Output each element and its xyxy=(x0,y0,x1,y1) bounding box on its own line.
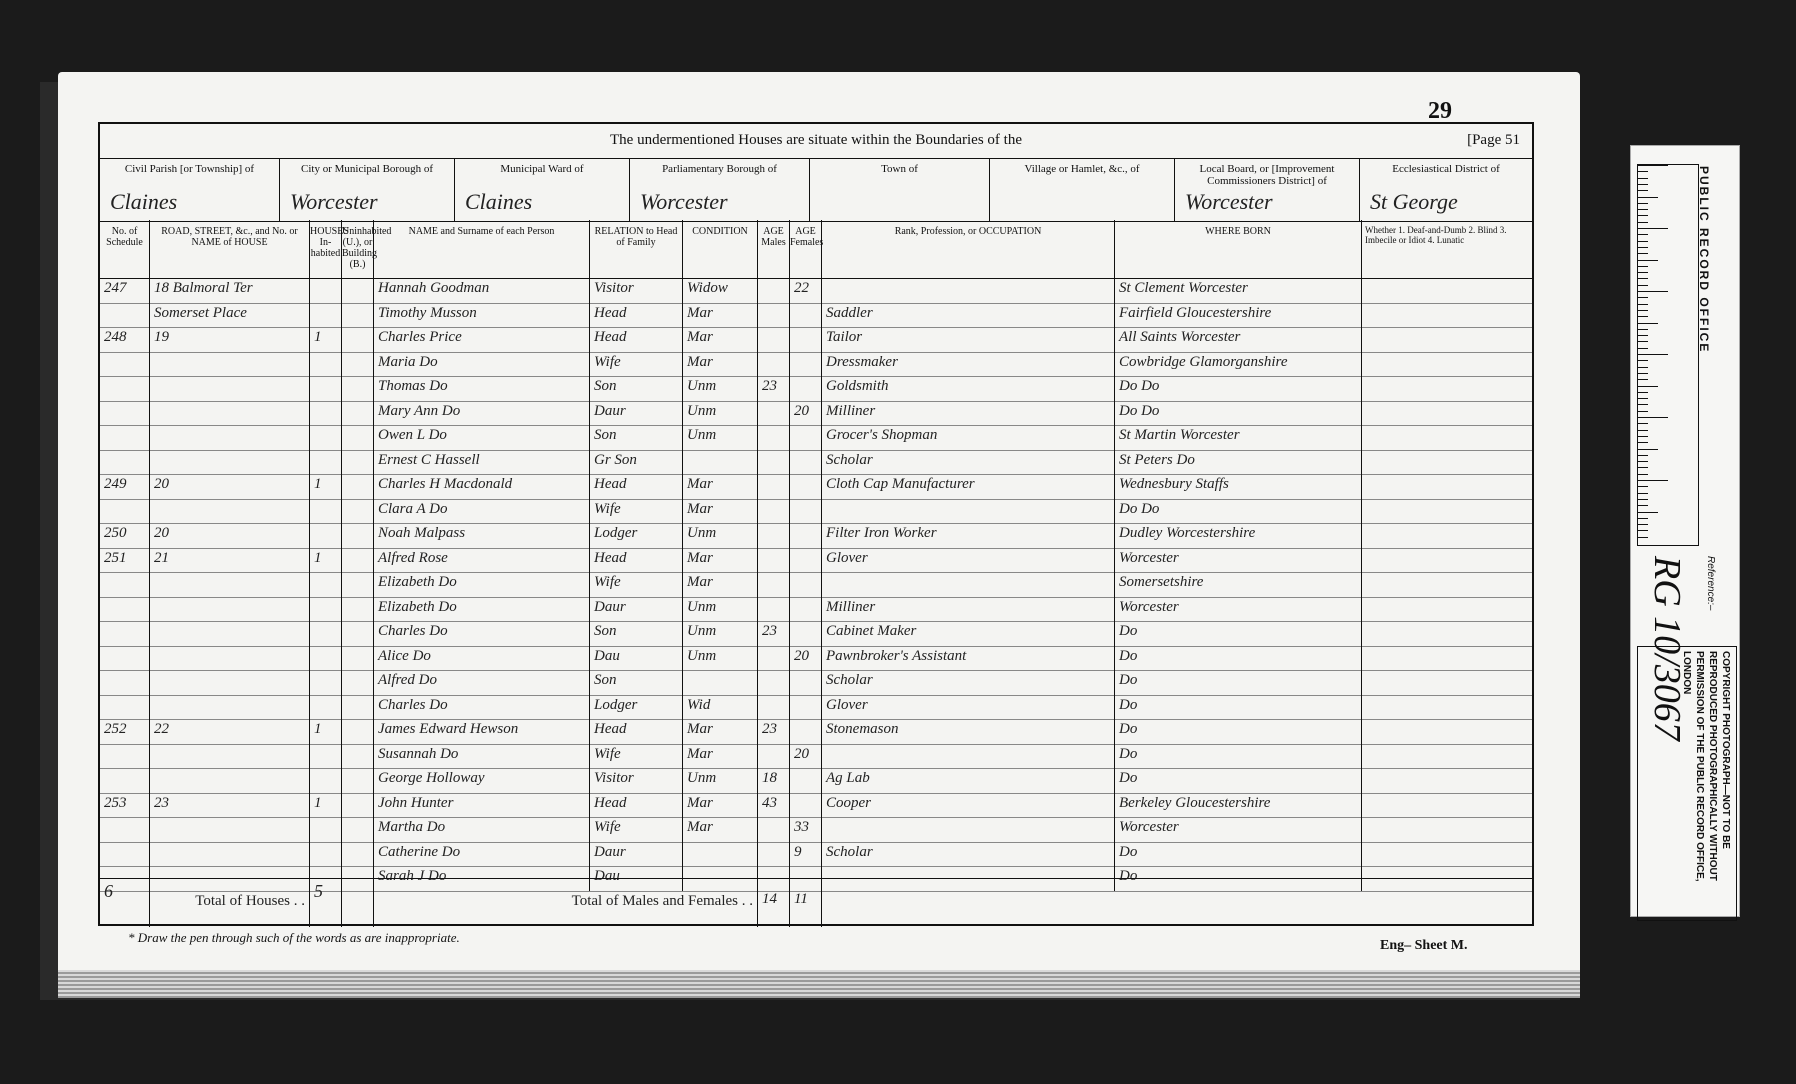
form-title: The undermentioned Houses are situate wi… xyxy=(100,132,1532,149)
cell-address xyxy=(150,817,310,842)
cell-name: Noah Malpass xyxy=(374,523,590,548)
cell-female_age: 33 xyxy=(790,817,822,842)
boundary-parliamentary: Parliamentary Borough ofWorcester xyxy=(630,159,810,221)
cell-born: Worcester xyxy=(1115,548,1362,573)
cell-blank xyxy=(1362,597,1532,622)
cell-female_age xyxy=(790,499,822,524)
ruler-tick xyxy=(1638,505,1648,506)
ruler-tick xyxy=(1638,518,1648,519)
cell-inhabited xyxy=(310,695,342,720)
ruler-tick xyxy=(1638,417,1668,418)
cell-blank xyxy=(1362,401,1532,426)
table-row: 253231John HunterHeadMar43CooperBerkeley… xyxy=(100,793,1532,819)
cell-occupation xyxy=(822,572,1115,597)
cell-name: Charles H Macdonald xyxy=(374,474,590,499)
cell-schedule: 250 xyxy=(100,523,150,548)
cell-relation: Wife xyxy=(590,499,683,524)
cell-name: Alfred Do xyxy=(374,670,590,695)
cell-born: Do Do xyxy=(1115,376,1362,401)
cell-name: Alice Do xyxy=(374,646,590,671)
cell-condition xyxy=(683,842,758,867)
cell-relation: Head xyxy=(590,548,683,573)
cell-relation: Son xyxy=(590,376,683,401)
archive-title: PUBLIC RECORD OFFICE xyxy=(1697,166,1711,353)
cell-female_age xyxy=(790,793,822,818)
cell-blank xyxy=(342,401,374,426)
cell-name: George Holloway xyxy=(374,768,590,793)
table-row: 249201Charles H MacdonaldHeadMarCloth Ca… xyxy=(100,474,1532,500)
cell-occupation: Scholar xyxy=(822,450,1115,475)
boundary-value: St George xyxy=(1370,189,1458,215)
cell-condition xyxy=(683,670,758,695)
cell-born: Fairfield Gloucestershire xyxy=(1115,303,1362,328)
table-row: Maria DoWifeMarDressmakerCowbridge Glamo… xyxy=(100,352,1532,378)
total-females: 11 xyxy=(790,879,822,927)
cell-condition: Mar xyxy=(683,719,758,744)
cell-condition: Unm xyxy=(683,597,758,622)
cell-address xyxy=(150,646,310,671)
cell-address: 20 xyxy=(150,523,310,548)
cell-condition: Unm xyxy=(683,425,758,450)
cell-blank xyxy=(1362,376,1532,401)
cell-blank xyxy=(1362,499,1532,524)
col-age-male: AGE Males xyxy=(758,220,790,278)
table-row: 252221James Edward HewsonHeadMar23Stonem… xyxy=(100,719,1532,745)
col-schedule: No. of Schedule xyxy=(100,220,150,278)
footnote: * Draw the pen through such of the words… xyxy=(128,930,460,946)
ruler-tick xyxy=(1638,455,1648,456)
cell-blank xyxy=(1362,523,1532,548)
cell-condition: Unm xyxy=(683,621,758,646)
cell-male_age xyxy=(758,450,790,475)
table-row: Charles DoSonUnm23Cabinet MakerDo xyxy=(100,621,1532,647)
ruler-tick xyxy=(1638,310,1648,311)
cell-schedule xyxy=(100,352,150,377)
col-inhabited: HOUSES In-habited xyxy=(310,220,342,278)
cell-female_age xyxy=(790,670,822,695)
cell-occupation xyxy=(822,744,1115,769)
cell-relation: Gr Son xyxy=(590,450,683,475)
cell-schedule xyxy=(100,842,150,867)
cell-blank xyxy=(342,352,374,377)
cell-occupation xyxy=(822,278,1115,303)
cell-name: Catherine Do xyxy=(374,842,590,867)
cell-address xyxy=(150,376,310,401)
table-row: Martha DoWifeMar33Worcester xyxy=(100,817,1532,843)
cell-born: Do xyxy=(1115,744,1362,769)
table-row: Somerset PlaceTimothy MussonHeadMarSaddl… xyxy=(100,303,1532,329)
ruler-tick xyxy=(1638,530,1648,531)
table-row: Thomas DoSonUnm23GoldsmithDo Do xyxy=(100,376,1532,402)
cell-name: Timothy Musson xyxy=(374,303,590,328)
ruler-tick xyxy=(1638,171,1648,172)
boundary-label: Town of xyxy=(814,163,985,175)
cell-female_age xyxy=(790,352,822,377)
ruler-tick xyxy=(1638,512,1658,513)
cell-male_age: 18 xyxy=(758,768,790,793)
cell-schedule xyxy=(100,670,150,695)
cell-female_age: 22 xyxy=(790,278,822,303)
cell-blank xyxy=(342,768,374,793)
cell-inhabited xyxy=(310,621,342,646)
cell-schedule xyxy=(100,499,150,524)
cell-blank xyxy=(342,376,374,401)
cell-inhabited: 1 xyxy=(310,548,342,573)
cell-occupation: Scholar xyxy=(822,842,1115,867)
cell-relation: Head xyxy=(590,719,683,744)
cell-blank xyxy=(1362,425,1532,450)
column-headers: No. of Schedule ROAD, STREET, &c., and N… xyxy=(100,220,1532,279)
cell-condition: Wid xyxy=(683,695,758,720)
ruler-tick xyxy=(1638,392,1648,393)
boundary-value: Claines xyxy=(465,189,532,215)
census-rows: 24718 Balmoral TerHannah GoodmanVisitorW… xyxy=(100,278,1532,878)
cell-name: Elizabeth Do xyxy=(374,597,590,622)
cell-female_age xyxy=(790,376,822,401)
cell-inhabited xyxy=(310,842,342,867)
table-row: Mary Ann DoDaurUnm20MillinerDo Do xyxy=(100,401,1532,427)
cell-relation: Wife xyxy=(590,572,683,597)
table-row: Alice DoDauUnm20Pawnbroker's AssistantDo xyxy=(100,646,1532,672)
total-males: 14 xyxy=(758,879,790,927)
boundary-ward: Municipal Ward ofClaines xyxy=(455,159,630,221)
cell-inhabited xyxy=(310,425,342,450)
boundary-label: Parliamentary Borough of xyxy=(634,163,805,175)
cell-male_age xyxy=(758,352,790,377)
cell-address xyxy=(150,768,310,793)
cell-blank xyxy=(342,670,374,695)
cell-address xyxy=(150,842,310,867)
cell-female_age: 20 xyxy=(790,646,822,671)
boundary-value: Worcester xyxy=(640,189,728,215)
col-name: NAME and Surname of each Person xyxy=(374,220,590,278)
cell-born: Do Do xyxy=(1115,499,1362,524)
cell-male_age xyxy=(758,646,790,671)
table-row: Alfred DoSonScholarDo xyxy=(100,670,1532,696)
cell-blank xyxy=(342,425,374,450)
cell-occupation: Milliner xyxy=(822,401,1115,426)
table-row: Susannah DoWifeMar20Do xyxy=(100,744,1532,770)
table-row: Elizabeth DoWifeMarSomersetshire xyxy=(100,572,1532,598)
cell-born: Do xyxy=(1115,719,1362,744)
cell-schedule xyxy=(100,621,150,646)
cell-inhabited xyxy=(310,670,342,695)
cell-occupation: Pawnbroker's Assistant xyxy=(822,646,1115,671)
cell-condition: Unm xyxy=(683,523,758,548)
ruler-tick xyxy=(1638,341,1648,342)
table-row: Owen L DoSonUnmGrocer's ShopmanSt Martin… xyxy=(100,425,1532,451)
ruler-tick xyxy=(1638,278,1648,279)
col-age-female: AGE Females xyxy=(790,220,822,278)
cell-schedule xyxy=(100,768,150,793)
cell-condition: Mar xyxy=(683,327,758,352)
cell-name: Thomas Do xyxy=(374,376,590,401)
page-reference: [Page 51 xyxy=(1467,132,1520,149)
cell-blank xyxy=(1362,793,1532,818)
cell-blank xyxy=(1362,303,1532,328)
ruler-tick xyxy=(1638,442,1648,443)
cell-blank xyxy=(342,450,374,475)
ruler-tick xyxy=(1638,316,1648,317)
ruler-tick xyxy=(1638,165,1668,166)
cell-address xyxy=(150,744,310,769)
col-infirmity: Whether 1. Deaf-and-Dumb 2. Blind 3. Imb… xyxy=(1362,220,1532,278)
cell-schedule: 251 xyxy=(100,548,150,573)
cell-schedule xyxy=(100,817,150,842)
cell-occupation: Milliner xyxy=(822,597,1115,622)
ruler-tick xyxy=(1638,474,1648,475)
cell-female_age xyxy=(790,425,822,450)
cell-male_age xyxy=(758,548,790,573)
cell-schedule xyxy=(100,572,150,597)
cell-relation: Head xyxy=(590,474,683,499)
cell-condition: Mar xyxy=(683,474,758,499)
cell-relation: Dau xyxy=(590,646,683,671)
cell-blank xyxy=(342,523,374,548)
cell-relation: Lodger xyxy=(590,695,683,720)
cell-male_age: 23 xyxy=(758,376,790,401)
cell-inhabited xyxy=(310,401,342,426)
ruler-tick xyxy=(1638,323,1658,324)
cell-name: Mary Ann Do xyxy=(374,401,590,426)
cell-address xyxy=(150,499,310,524)
cell-inhabited: 1 xyxy=(310,474,342,499)
table-row: 251211Alfred RoseHeadMarGloverWorcester xyxy=(100,548,1532,574)
cell-relation: Visitor xyxy=(590,278,683,303)
table-row: Ernest C HassellGr SonScholarSt Peters D… xyxy=(100,450,1532,476)
cell-name: John Hunter xyxy=(374,793,590,818)
cell-relation: Son xyxy=(590,621,683,646)
cell-blank xyxy=(342,719,374,744)
cell-male_age xyxy=(758,842,790,867)
cell-address xyxy=(150,401,310,426)
cell-blank xyxy=(342,621,374,646)
cell-blank xyxy=(1362,474,1532,499)
cell-blank xyxy=(1362,278,1532,303)
cell-name: Ernest C Hassell xyxy=(374,450,590,475)
boundary-value: Claines xyxy=(110,189,177,215)
cell-female_age xyxy=(790,621,822,646)
ruler-tick xyxy=(1638,209,1648,210)
total-persons-label: Total of Males and Females . . xyxy=(374,879,758,927)
cell-male_age xyxy=(758,278,790,303)
cell-schedule xyxy=(100,303,150,328)
cell-name: Owen L Do xyxy=(374,425,590,450)
cell-schedule: 253 xyxy=(100,793,150,818)
cell-born: Somersetshire xyxy=(1115,572,1362,597)
cell-address xyxy=(150,352,310,377)
cell-inhabited: 1 xyxy=(310,327,342,352)
ruler-tick xyxy=(1638,430,1648,431)
cell-schedule: 247 xyxy=(100,278,150,303)
cell-occupation: Filter Iron Worker xyxy=(822,523,1115,548)
col-address: ROAD, STREET, &c., and No. or NAME of HO… xyxy=(150,220,310,278)
page-edges xyxy=(58,970,1580,998)
cell-condition: Mar xyxy=(683,548,758,573)
ruler-tick xyxy=(1638,411,1648,412)
cell-born: Do xyxy=(1115,646,1362,671)
ruler-tick xyxy=(1638,360,1648,361)
cell-occupation: Stonemason xyxy=(822,719,1115,744)
cell-relation: Head xyxy=(590,303,683,328)
cell-occupation: Dressmaker xyxy=(822,352,1115,377)
ruler-tick xyxy=(1638,197,1658,198)
total-houses-label: Total of Houses . . xyxy=(150,879,310,927)
cell-blank xyxy=(342,646,374,671)
cell-female_age xyxy=(790,523,822,548)
ruler-tick xyxy=(1638,423,1648,424)
ruler-tick xyxy=(1638,203,1648,204)
ruler-tick xyxy=(1638,215,1648,216)
cell-blank xyxy=(1362,621,1532,646)
ruler-tick xyxy=(1638,449,1658,450)
boundaries-header: Civil Parish [or Township] ofClaines Cit… xyxy=(100,158,1532,222)
cell-male_age xyxy=(758,401,790,426)
cell-blank xyxy=(342,817,374,842)
cell-male_age xyxy=(758,425,790,450)
ruler-tick xyxy=(1638,272,1648,273)
cell-born: Wednesbury Staffs xyxy=(1115,474,1362,499)
cell-occupation: Ag Lab xyxy=(822,768,1115,793)
cell-born: Worcester xyxy=(1115,597,1362,622)
ruler-tick xyxy=(1638,404,1648,405)
cell-blank xyxy=(342,548,374,573)
cell-blank xyxy=(1362,646,1532,671)
ruler-tick xyxy=(1638,304,1648,305)
boundary-civil-parish: Civil Parish [or Township] ofClaines xyxy=(100,159,280,221)
cell-male_age xyxy=(758,499,790,524)
cell-schedule: 249 xyxy=(100,474,150,499)
cell-relation: Daur xyxy=(590,401,683,426)
totals-row: 6 Total of Houses . . 5 Total of Males a… xyxy=(100,878,1532,927)
cell-inhabited xyxy=(310,817,342,842)
cell-born: Worcester xyxy=(1115,817,1362,842)
ruler-tick xyxy=(1638,436,1648,437)
cell-condition: Mar xyxy=(683,817,758,842)
cell-blank xyxy=(1362,670,1532,695)
cell-address: 21 xyxy=(150,548,310,573)
cell-male_age xyxy=(758,303,790,328)
table-row: George HollowayVisitorUnm18Ag LabDo xyxy=(100,768,1532,794)
cell-condition: Widow xyxy=(683,278,758,303)
cell-blank xyxy=(342,572,374,597)
ruler-tick xyxy=(1638,499,1648,500)
cell-female_age xyxy=(790,695,822,720)
cell-address: 22 xyxy=(150,719,310,744)
ruler-tick xyxy=(1638,461,1648,462)
cell-address xyxy=(150,425,310,450)
cell-address xyxy=(150,597,310,622)
ruler-tick xyxy=(1638,467,1648,468)
cell-inhabited xyxy=(310,376,342,401)
cell-schedule xyxy=(100,646,150,671)
cell-born: Do Do xyxy=(1115,401,1362,426)
cell-name: Alfred Rose xyxy=(374,548,590,573)
cell-born: Do xyxy=(1115,842,1362,867)
boundary-city: City or Municipal Borough ofWorcester xyxy=(280,159,455,221)
ruler-tick xyxy=(1638,260,1658,261)
cell-female_age: 20 xyxy=(790,744,822,769)
cell-blank xyxy=(1362,744,1532,769)
cell-relation: Wife xyxy=(590,352,683,377)
cell-name: Hannah Goodman xyxy=(374,278,590,303)
cell-born: Do xyxy=(1115,621,1362,646)
page-number: 29 xyxy=(1428,98,1452,125)
cell-condition: Mar xyxy=(683,744,758,769)
cell-occupation: Saddler xyxy=(822,303,1115,328)
cell-inhabited xyxy=(310,303,342,328)
table-row: 25020Noah MalpassLodgerUnmFilter Iron Wo… xyxy=(100,523,1532,549)
cell-occupation: Scholar xyxy=(822,670,1115,695)
cell-occupation xyxy=(822,499,1115,524)
cell-occupation: Grocer's Shopman xyxy=(822,425,1115,450)
archive-strip: PUBLIC RECORD OFFICE Reference:– RG 10/3… xyxy=(1630,145,1740,917)
cell-inhabited xyxy=(310,499,342,524)
cell-born: Do xyxy=(1115,768,1362,793)
cell-male_age xyxy=(758,695,790,720)
cell-inhabited xyxy=(310,450,342,475)
boundary-value: Worcester xyxy=(290,189,378,215)
cell-born: Do xyxy=(1115,695,1362,720)
boundary-label: Ecclesiastical District of xyxy=(1364,163,1528,175)
ruler-tick xyxy=(1638,241,1648,242)
cell-blank xyxy=(342,793,374,818)
cell-blank xyxy=(1362,817,1532,842)
table-row: Elizabeth DoDaurUnmMillinerWorcester xyxy=(100,597,1532,623)
cell-condition: Unm xyxy=(683,768,758,793)
cell-female_age xyxy=(790,474,822,499)
census-form: The undermentioned Houses are situate wi… xyxy=(98,122,1534,926)
cell-inhabited xyxy=(310,646,342,671)
cell-occupation: Cooper xyxy=(822,793,1115,818)
table-row: Clara A DoWifeMarDo Do xyxy=(100,499,1532,525)
col-relation: RELATION to Head of Family xyxy=(590,220,683,278)
cell-name: Maria Do xyxy=(374,352,590,377)
ruler-tick xyxy=(1638,253,1648,254)
cell-blank xyxy=(342,597,374,622)
cell-name: Charles Price xyxy=(374,327,590,352)
ruler-tick xyxy=(1638,373,1648,374)
cell-male_age: 23 xyxy=(758,621,790,646)
cell-female_age xyxy=(790,572,822,597)
cell-blank xyxy=(1362,768,1532,793)
cell-relation: Head xyxy=(590,327,683,352)
table-row: 248191Charles PriceHeadMarTailorAll Sain… xyxy=(100,327,1532,353)
cell-address: 18 Balmoral Ter xyxy=(150,278,310,303)
cell-male_age xyxy=(758,597,790,622)
cell-address xyxy=(150,572,310,597)
ruler-tick xyxy=(1638,493,1648,494)
cell-address xyxy=(150,670,310,695)
boundary-label: Municipal Ward of xyxy=(459,163,625,175)
boundary-label: City or Municipal Borough of xyxy=(284,163,450,175)
cell-schedule xyxy=(100,744,150,769)
cell-blank xyxy=(342,327,374,352)
cell-relation: Wife xyxy=(590,817,683,842)
cell-name: Clara A Do xyxy=(374,499,590,524)
cell-blank xyxy=(1362,548,1532,573)
ruler-tick xyxy=(1638,190,1648,191)
boundary-town: Town of xyxy=(810,159,990,221)
cell-male_age xyxy=(758,572,790,597)
cell-born: Dudley Worcestershire xyxy=(1115,523,1362,548)
cell-born: All Saints Worcester xyxy=(1115,327,1362,352)
cell-address: 20 xyxy=(150,474,310,499)
ruler-tick xyxy=(1638,228,1668,229)
sheet-label: Eng– Sheet M. xyxy=(1380,938,1468,954)
cell-condition: Unm xyxy=(683,376,758,401)
cell-schedule xyxy=(100,425,150,450)
